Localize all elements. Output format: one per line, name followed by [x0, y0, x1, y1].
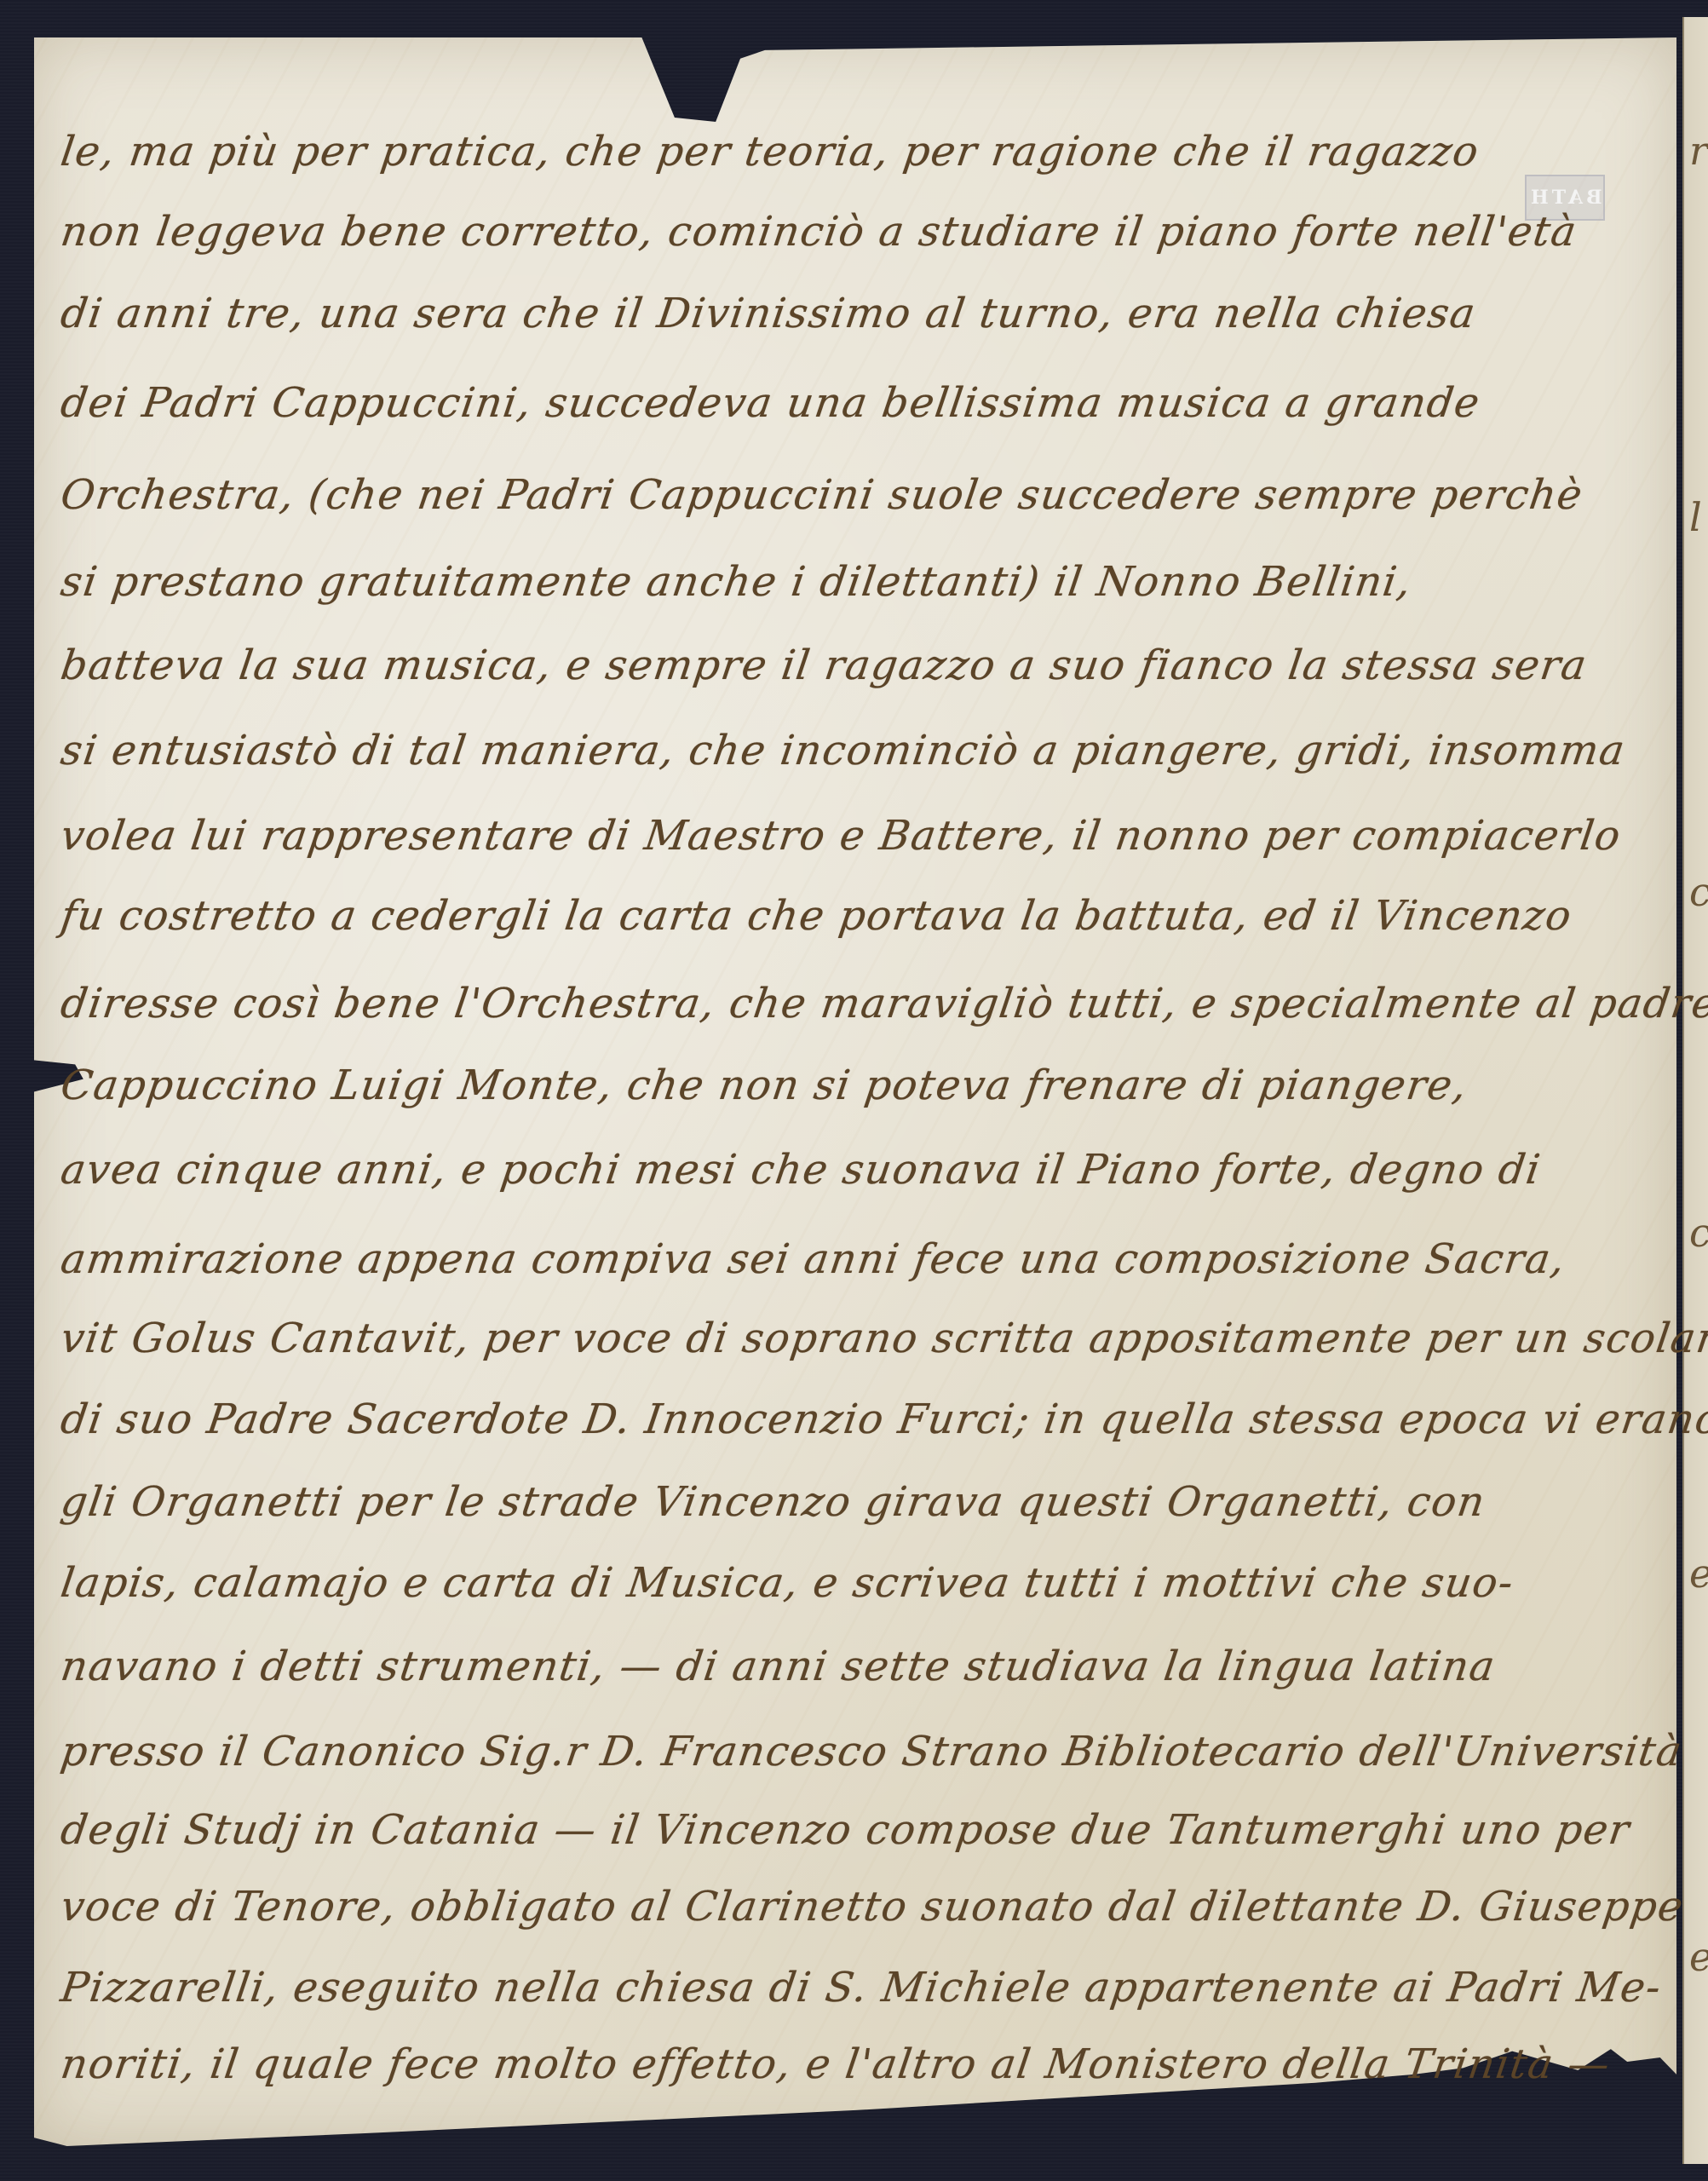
adjacent-page-glyph: c: [1689, 1210, 1708, 1256]
manuscript-line: si prestano gratuitamente anche i dilett…: [58, 558, 1415, 606]
manuscript-line: di suo Padre Sacerdote D. Innocenzio Fur…: [58, 1395, 1708, 1443]
document-scan: r l c c e e BATH le, ma più per pratica,…: [0, 0, 1708, 2181]
manuscript-line: le, ma più per pratica, che per teoria, …: [58, 128, 1482, 176]
manuscript-line: vit Golus Cantavit, per voce di soprano …: [58, 1315, 1708, 1362]
manuscript-line: fu costretto a cedergli la carta che por…: [58, 892, 1575, 940]
manuscript-line: Orchestra, (che nei Padri Cappuccini suo…: [58, 471, 1586, 519]
adjacent-page-glyph: e: [1689, 1934, 1708, 1980]
stamp-text: BATH: [1527, 187, 1602, 209]
manuscript-line: presso il Canonico Sig.r D. Francesco St…: [58, 1728, 1686, 1775]
manuscript-line: degli Studj in Catania — il Vincenzo com…: [58, 1806, 1633, 1854]
manuscript-line: non leggeva bene corretto, cominciò a st…: [58, 208, 1580, 256]
manuscript-line: Pizzarelli, eseguito nella chiesa di S. …: [58, 1964, 1665, 2011]
adjacent-page-glyph: r: [1689, 128, 1708, 174]
manuscript-line: gli Organetti per le strade Vincenzo gir…: [58, 1478, 1488, 1526]
manuscript-line: Cappuccino Luigi Monte, che non si potev…: [58, 1062, 1470, 1109]
adjacent-page-glyph: e: [1689, 1551, 1708, 1597]
manuscript-line: diresse così bene l'Orchestra, che marav…: [58, 980, 1708, 1027]
manuscript-line: batteva la sua musica, e sempre il ragaz…: [58, 642, 1590, 689]
adjacent-page-edge: r l c c e e: [1682, 17, 1708, 2164]
manuscript-line: avea cinque anni, e pochi mesi che suona…: [58, 1146, 1544, 1194]
adjacent-page-glyph: c: [1689, 869, 1708, 915]
manuscript-line: si entusiastò di tal maniera, che incomi…: [58, 727, 1629, 774]
manuscript-line: navano i detti strumenti, — di anni sett…: [58, 1643, 1498, 1690]
manuscript-line: di anni tre, una sera che il Divinissimo…: [58, 290, 1479, 337]
manuscript-line: voce di Tenore, obbligato al Clarinetto …: [58, 1883, 1687, 1931]
manuscript-line: dei Padri Cappuccini, succedeva una bell…: [58, 379, 1483, 427]
adjacent-page-glyph: l: [1689, 494, 1702, 540]
manuscript-line: volea lui rappresentare di Maestro e Bat…: [58, 812, 1625, 860]
manuscript-line: ammirazione appena compiva sei anni fece…: [58, 1235, 1569, 1283]
manuscript-line: noriti, il quale fece molto effetto, e l…: [58, 2040, 1613, 2088]
manuscript-line: lapis, calamajo e carta di Musica, e scr…: [58, 1559, 1517, 1607]
